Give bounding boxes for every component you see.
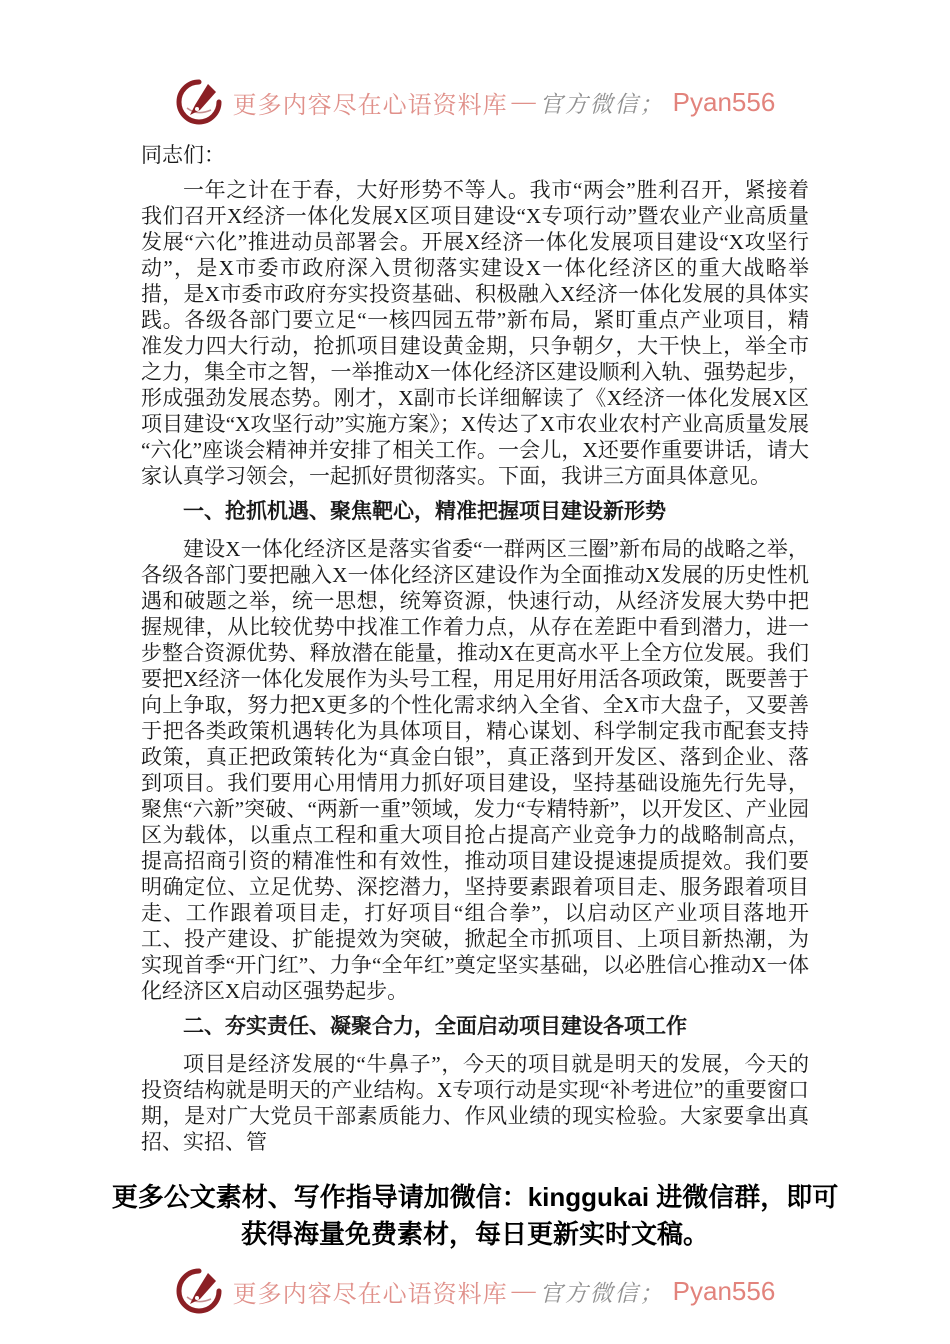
banner-wechat-label: 官方微信； (540, 86, 665, 119)
pen-logo-icon (175, 1267, 223, 1315)
document-paragraph: 同志们： (141, 142, 809, 168)
document-body: 同志们：一年之计在于春，大好形势不等人。我市“两会”胜利召开，紧接着我们召开X经… (141, 142, 809, 1155)
banner-wechat-account: Pyan556 (673, 87, 776, 118)
header-banner: 更多内容尽在心语资料库 — 官方微信； Pyan556 (0, 78, 950, 126)
banner-wechat-account: Pyan556 (673, 1276, 776, 1307)
banner-brand-text: 更多内容尽在心语资料库 (233, 1274, 508, 1309)
banner-separator: — (512, 89, 536, 116)
footer-banner: 更多内容尽在心语资料库 — 官方微信； Pyan556 (0, 1267, 950, 1315)
document-paragraph: 项目是经济发展的“牛鼻子”，今天的项目就是明天的发展，今天的投资结构就是明天的产… (141, 1051, 809, 1155)
document-paragraph: 一年之计在于春，大好形势不等人。我市“两会”胜利召开，紧接着我们召开X经济一体化… (141, 177, 809, 489)
banner-wechat-label: 官方微信； (540, 1275, 665, 1308)
banner-separator: — (512, 1278, 536, 1305)
page: { "banner": { "brand_text": "更多内容尽在心语资料库… (0, 0, 950, 1344)
section-heading: 一、抢抓机遇、聚焦靶心，精准把握项目建设新形势 (141, 498, 809, 524)
promo-line-1: 更多公文素材、写作指导请加微信：kinggukai 进微信群，即可 (0, 1179, 950, 1216)
promo-notice: 更多公文素材、写作指导请加微信：kinggukai 进微信群，即可 获得海量免费… (0, 1179, 950, 1253)
banner-brand-text: 更多内容尽在心语资料库 (233, 85, 508, 120)
document-paragraph: 建设X一体化经济区是落实省委“一群两区三圈”新布局的战略之举，各级各部门要把融入… (141, 536, 809, 1004)
pen-logo-icon (175, 78, 223, 126)
section-heading: 二、夯实责任、凝聚合力，全面启动项目建设各项工作 (141, 1013, 809, 1039)
promo-line-2: 获得海量免费素材，每日更新实时文稿。 (0, 1216, 950, 1253)
